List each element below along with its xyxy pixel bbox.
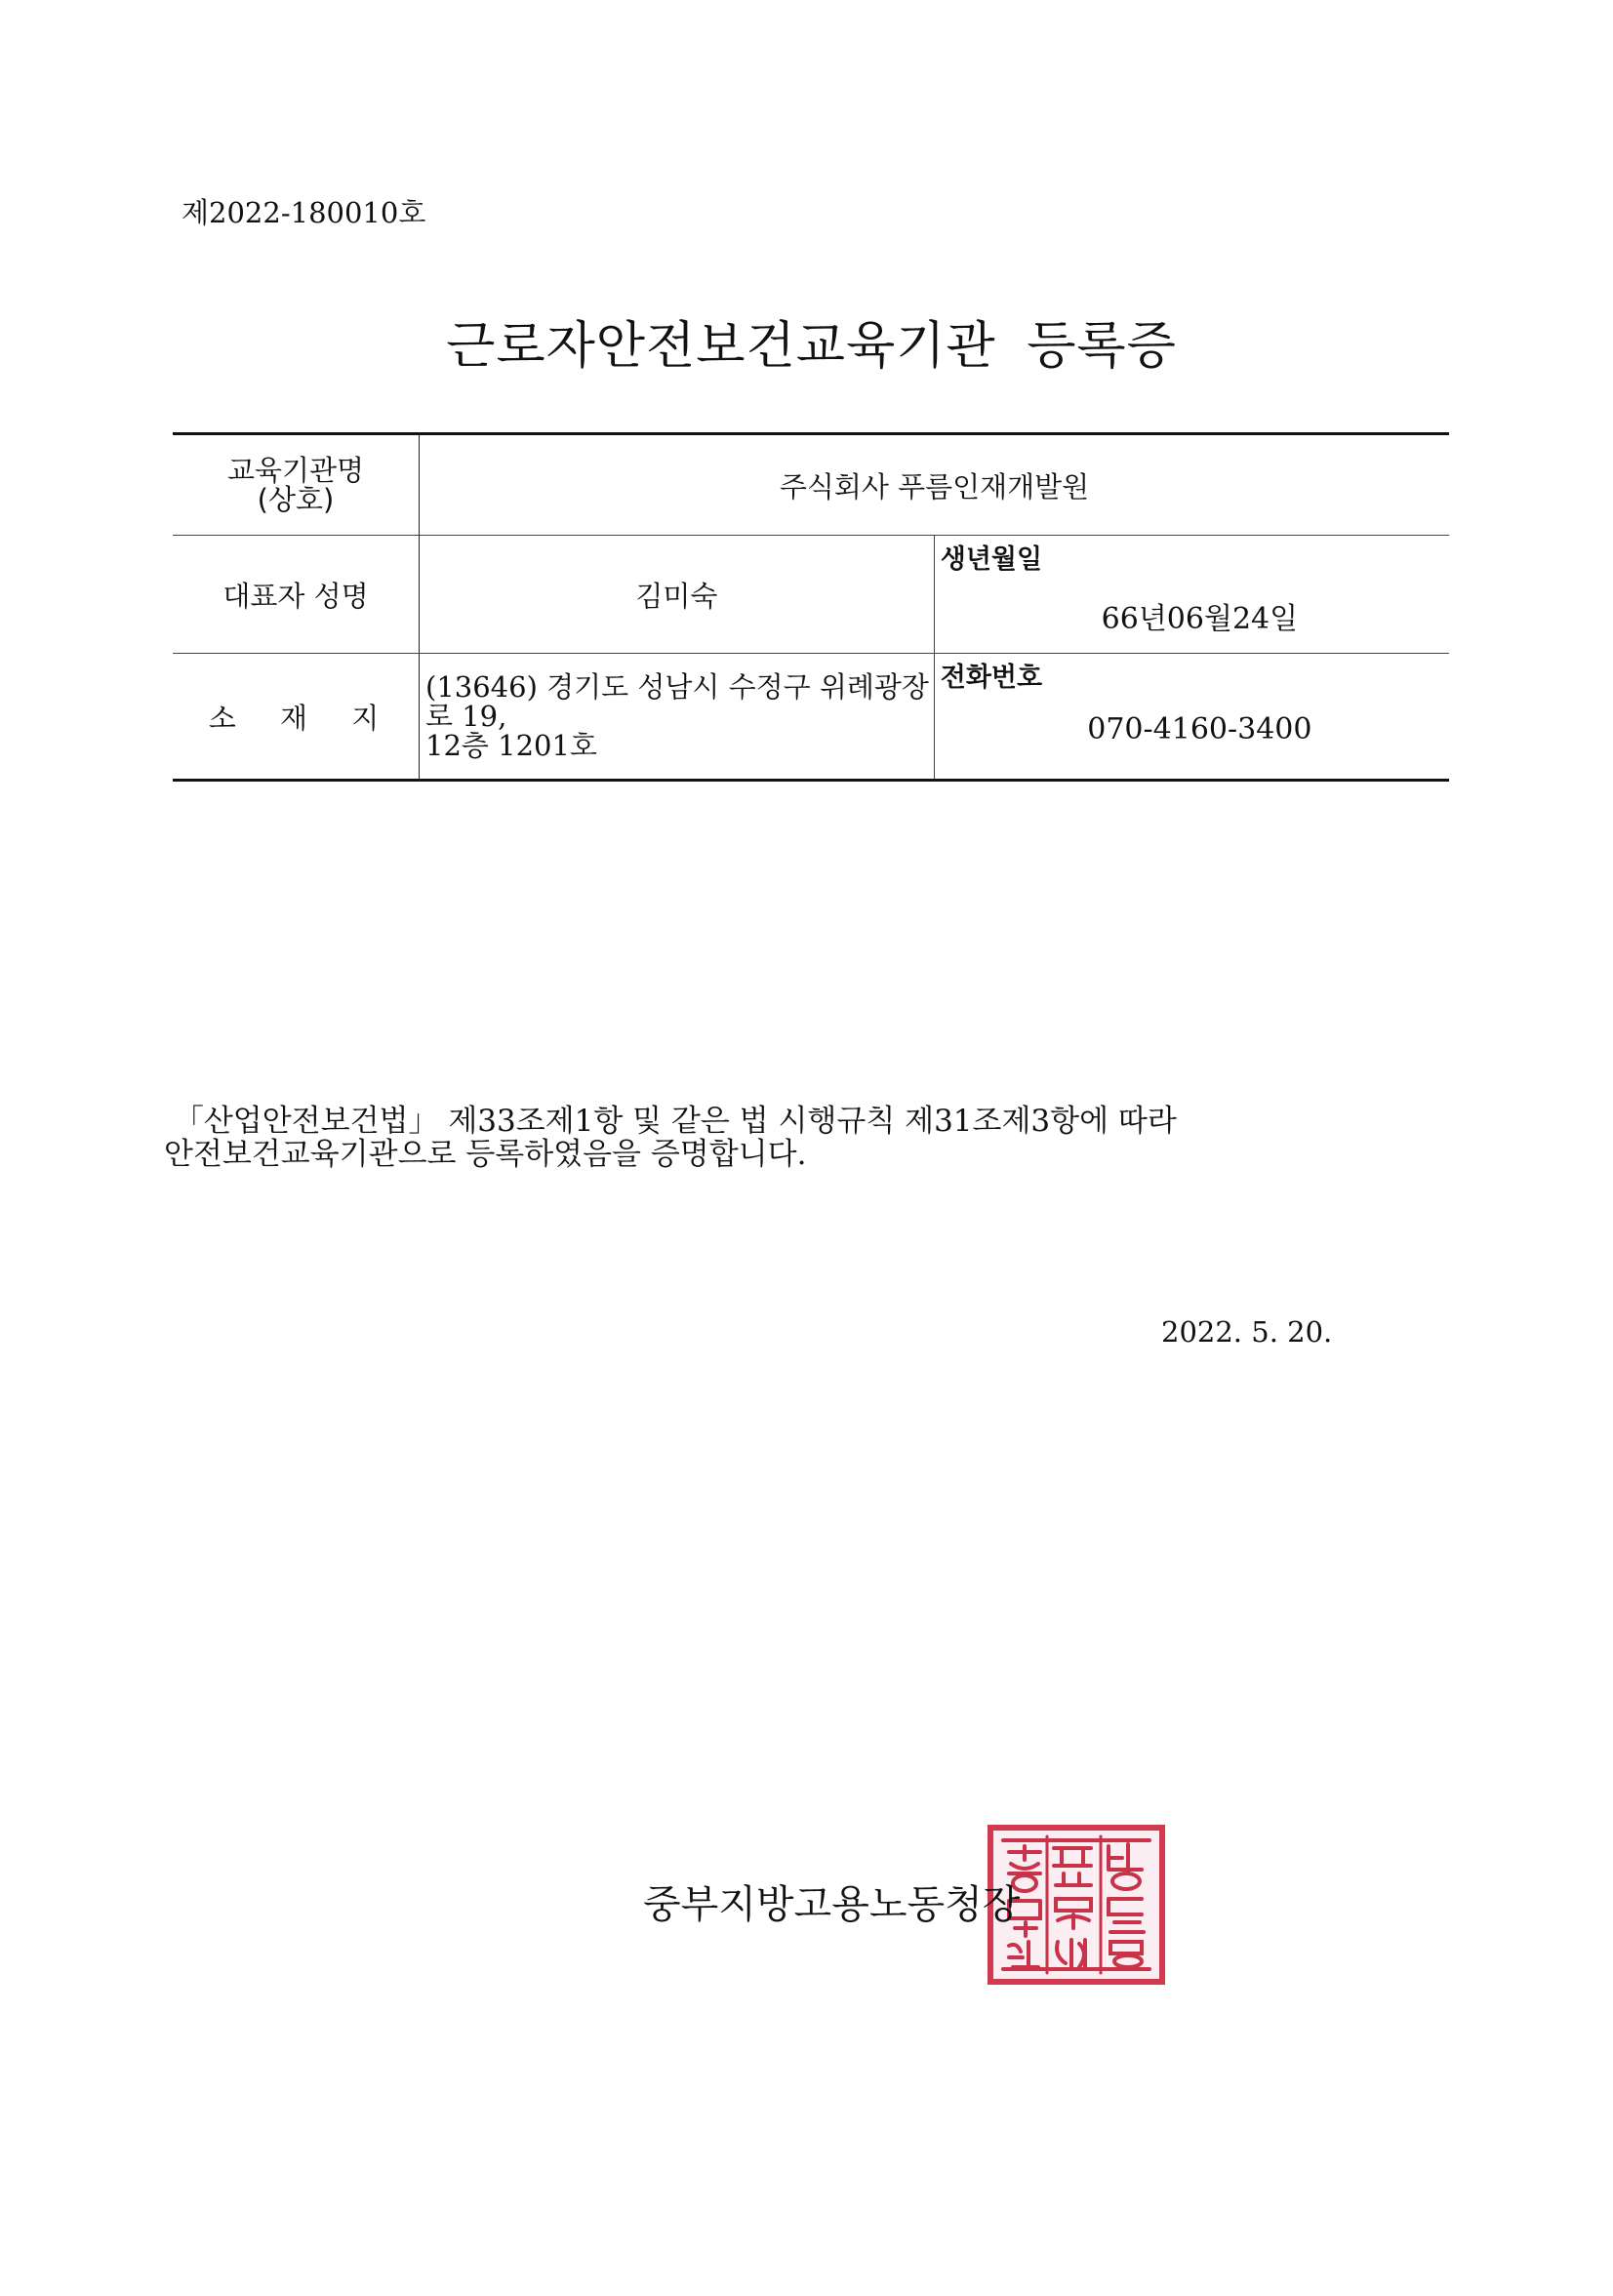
value-birthdate: 66년06월24일 (935, 577, 1449, 637)
table-row-institution: 교육기관명 (상호) 주식회사 푸름인재개발원 (173, 434, 1449, 536)
issuer-name: 중부지방고용노동청장 (643, 1873, 1020, 1929)
label-institution-name: 교육기관명 (상호) (173, 434, 420, 536)
certification-line-2: 안전보건교육기관으로 등록하였음을 증명합니다. (164, 1138, 1432, 1171)
label-institution-name-line2: (상호) (173, 485, 419, 514)
certification-statement: 「산업안전보건법」 제33조제1항 및 같은 법 시행규칙 제31조제3항에 따… (164, 1105, 1432, 1171)
label-institution-name-line1: 교육기관명 (173, 456, 419, 485)
document-title: 근로자안전보건교육기관 등록증 (0, 304, 1613, 378)
label-location-text: 소 재 지 (195, 702, 396, 735)
birthdate-cell: 생년월일 66년06월24일 (934, 536, 1449, 654)
value-address-line2: 12층 1201호 (425, 731, 934, 760)
table-row-representative: 대표자 성명 김미숙 생년월일 66년06월24일 (173, 536, 1449, 654)
value-address: (13646) 경기도 성남시 수정구 위례광장로 19, 12층 1201호 (420, 654, 935, 781)
issue-date: 2022. 5. 20. (1161, 1315, 1332, 1349)
label-location: 소 재 지 (173, 654, 420, 781)
value-institution-name: 주식회사 푸름인재개발원 (420, 434, 1450, 536)
value-representative-name: 김미숙 (420, 536, 935, 654)
table-row-location: 소 재 지 (13646) 경기도 성남시 수정구 위례광장로 19, 12층 … (173, 654, 1449, 781)
value-phone: 070-4160-3400 (935, 695, 1449, 746)
label-birthdate: 생년월일 (935, 536, 1449, 577)
label-phone: 전화번호 (935, 654, 1449, 695)
certification-line-1: 「산업안전보건법」 제33조제1항 및 같은 법 시행규칙 제31조제3항에 따… (164, 1105, 1432, 1138)
document-number: 제2022-180010호 (181, 191, 425, 231)
value-address-line1: (13646) 경기도 성남시 수정구 위례광장로 19, (425, 672, 934, 731)
phone-cell: 전화번호 070-4160-3400 (934, 654, 1449, 781)
registration-table: 교육기관명 (상호) 주식회사 푸름인재개발원 대표자 성명 김미숙 생년월일 … (173, 432, 1449, 782)
label-representative-name: 대표자 성명 (173, 536, 420, 654)
